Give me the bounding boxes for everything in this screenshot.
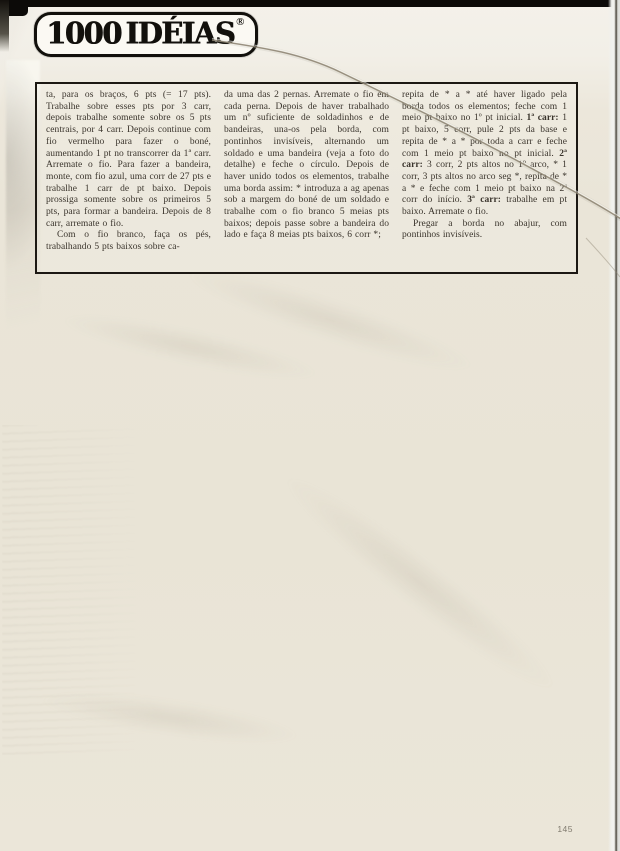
body-text: ta, para os braços, 6 pts (= 17 pts). Tr… xyxy=(46,90,211,229)
logo-title: 1000 IDÉIAS xyxy=(46,18,234,48)
bold-instruction-label: 1ª carr: xyxy=(527,113,559,123)
body-text: Com o fio branco, faça os pés, trabalhan… xyxy=(46,230,211,252)
body-text: Pregar a borda no abajur, com pontinhos … xyxy=(402,219,567,241)
article-text-block: ta, para os braços, 6 pts (= 17 pts). Tr… xyxy=(35,82,578,274)
article-paragraph: da uma das 2 pernas. Arremate o fio em c… xyxy=(224,90,389,242)
scan-top-edge xyxy=(0,0,620,7)
bold-instruction-label: 3ª carr: xyxy=(467,195,501,205)
page-right-edge xyxy=(608,0,620,851)
body-text: da uma das 2 pernas. Arremate o fio em c… xyxy=(224,90,389,240)
article-column-3: repita de * a * até haver ligado pela bo… xyxy=(402,90,567,268)
article-column-1: ta, para os braços, 6 pts (= 17 pts). Tr… xyxy=(46,90,211,268)
magazine-logo: 1000 IDÉIAS ® xyxy=(34,12,258,57)
scan-left-edge-dark xyxy=(0,0,9,52)
article-paragraph: Pregar a borda no abajur, com pontinhos … xyxy=(402,219,567,242)
article-column-2: da uma das 2 pernas. Arremate o fio em c… xyxy=(224,90,389,268)
registered-trademark-icon: ® xyxy=(236,17,244,28)
scanned-magazine-page: 1000 IDÉIAS ® ta, para os braços, 6 pts … xyxy=(0,0,620,851)
article-paragraph: repita de * a * até haver ligado pela bo… xyxy=(402,90,567,219)
article-paragraph: ta, para os braços, 6 pts (= 17 pts). Tr… xyxy=(46,90,211,230)
page-number: 145 xyxy=(557,824,573,834)
article-paragraph: Com o fio branco, faça os pés, trabalhan… xyxy=(46,230,211,253)
